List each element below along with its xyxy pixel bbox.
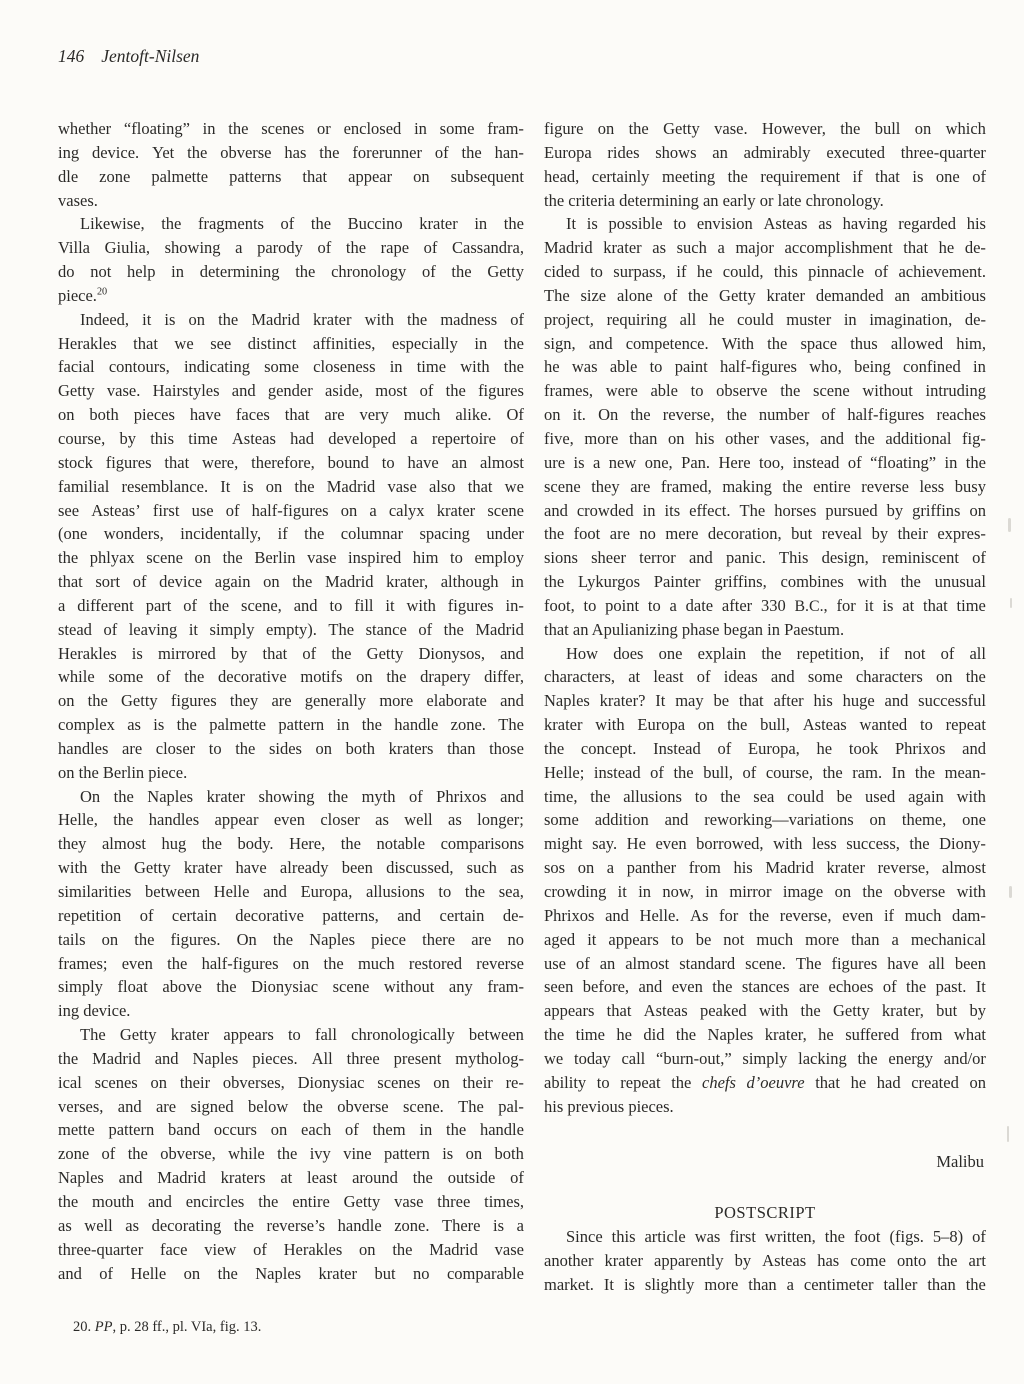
text-line: mightsay.Heevenborrowed,withlesssuccess,…: [544, 832, 986, 856]
text-line: frames;eventhehalf-figuresonthemuchresto…: [58, 952, 524, 976]
text-line: sosonapantherfromhisMadridkraterreverse,…: [544, 856, 986, 880]
text-line: kraterwithEuropaonthebull,Asteaswantedto…: [544, 713, 986, 737]
text-line: TheGettykraterappearstofallchronological…: [58, 1023, 524, 1047]
text-line: adifferentpartofthescene,andtofillitwith…: [58, 594, 524, 618]
text-line: icalscenesontheirobverses,Dionysiacscene…: [58, 1071, 524, 1095]
paragraph: figureontheGettyvase.However,thebullonwh…: [544, 117, 986, 212]
text-line: similaritiesbetweenHelleandEuropa,allusi…: [58, 880, 524, 904]
text-line: Indeed,itisontheMadridkraterwiththemadne…: [58, 308, 524, 332]
text-line: market.Itisslightlymorethanacentimeterta…: [544, 1273, 986, 1297]
paragraph: whether“floating”inthescenesorenclosedin…: [58, 117, 524, 212]
text-line: abilitytorepeatthechefsd’oeuvrethathehad…: [544, 1071, 986, 1095]
right-column: figureontheGettyvase.However,thebullonwh…: [544, 117, 986, 1297]
text-line: withtheGettykraterhavealreadybeendiscuss…: [58, 856, 524, 880]
text-line: sign,andcompetence.Withthespacethusallow…: [544, 332, 986, 356]
text-line: familialresemblance.ItisontheMadridvasea…: [58, 475, 524, 499]
paragraph: ItispossibletoenvisionAsteasashavingrega…: [544, 212, 986, 641]
text-line: his previous pieces.: [544, 1095, 986, 1119]
paragraph: Indeed,itisontheMadridkraterwiththemadne…: [58, 308, 524, 785]
text-line: (onewonders,incidentally,ifthecolumnarsp…: [58, 522, 524, 546]
text-line: useofanalmoststandardscene.Thefigureshav…: [544, 952, 986, 976]
scan-artifact: [1009, 886, 1012, 898]
text-line: PhrixosandHelle.Asforthereverse,evenifmu…: [544, 904, 986, 928]
text-line: thefootarenomeredecoration,butrevealbyth…: [544, 522, 986, 546]
text-line: course,bythistimeAsteashaddevelopedarepe…: [58, 427, 524, 451]
text-line: crowdingitinnow,inmirrorimageontheobvers…: [544, 880, 986, 904]
text-line: ontheGettyfigurestheyaregenerallymoreela…: [58, 689, 524, 713]
text-line: onit.Onthereverse,thenumberofhalf-figure…: [544, 403, 986, 427]
text-line: head,certainlymeetingtherequirementiftha…: [544, 165, 986, 189]
text-line: on the Berlin piece.: [58, 761, 524, 785]
text-line: sionssheerterrorandpanic.Thisdesign,remi…: [544, 546, 986, 570]
text-line: simplyfloatabovetheDionysiacscenewithout…: [58, 975, 524, 999]
text-line: ureisanewone,Pan.Heretoo,insteadof“float…: [544, 451, 986, 475]
paragraph: Howdoesoneexplaintherepetition,ifnotofal…: [544, 642, 986, 1119]
text-line: hewasabletopainthalf-figureswho,beingcon…: [544, 355, 986, 379]
text-line: thetimehedidtheNapleskrater,hesufferedfr…: [544, 1023, 986, 1047]
running-head-author: Jentoft-Nilsen: [101, 46, 199, 66]
text-line: ing device.: [58, 999, 524, 1023]
text-line: themouthandencirclestheentireGettyvaseth…: [58, 1190, 524, 1214]
scan-artifact: [1010, 598, 1012, 608]
text-line: wetodaycall“burn-out,”simplylackingtheen…: [544, 1047, 986, 1071]
text-line: theLykurgosPaintergriffins,combineswitht…: [544, 570, 986, 594]
text-line: five,morethanonhisothervases,andtheaddit…: [544, 427, 986, 451]
text-line: zoneoftheobverse,whiletheivyvinepatterni…: [58, 1142, 524, 1166]
scanned-page: 146Jentoft-Nilsen whether“floating”inthe…: [0, 0, 1024, 1384]
text-line: mettepatternbandoccursoneachofthemintheh…: [58, 1118, 524, 1142]
text-line: cidedtosurpass,ifhecould,thispinnacleofa…: [544, 260, 986, 284]
text-line: ItispossibletoenvisionAsteasashavingrega…: [544, 212, 986, 236]
text-line: facialcontours,indicatingsomeclosenessin…: [58, 355, 524, 379]
text-line: theconcept.InsteadofEuropa,hetookPhrixos…: [544, 737, 986, 761]
paragraph: OntheNapleskratershowingthemythofPhrixos…: [58, 785, 524, 1023]
text-line: VillaGiulia,showingaparodyoftherapeofCas…: [58, 236, 524, 260]
text-line: Europaridesshowsanadmirablyexecutedthree…: [544, 141, 986, 165]
footnote: 20. PP, p. 28 ff., pl. VIa, fig. 13.: [58, 1316, 261, 1338]
scan-artifact: [1007, 1126, 1009, 1142]
text-line: Helle;insteadofthebull,ofcourse,theram.I…: [544, 761, 986, 785]
left-column: whether“floating”inthescenesorenclosedin…: [58, 117, 524, 1297]
text-line: ingdevice.Yettheobversehastheforerunnero…: [58, 141, 524, 165]
text-line: steadofleavingitsimplyempty).Thestanceof…: [58, 618, 524, 642]
page-number: 146: [58, 46, 84, 66]
text-line: Sincethisarticlewasfirstwritten,thefoot(…: [544, 1225, 986, 1249]
text-line: Howdoesoneexplaintherepetition,ifnotofal…: [544, 642, 986, 666]
paragraph: Likewise,thefragmentsoftheBuccinokrateri…: [58, 212, 524, 307]
text-line: thephlyaxsceneontheBerlinvaseinspiredhim…: [58, 546, 524, 570]
text-line: frames,wereabletoobservethescenewithouti…: [544, 379, 986, 403]
text-line: someadditionandreworking—variationsonthe…: [544, 808, 986, 832]
text-line: piece.20: [58, 284, 524, 308]
text-line: andofHelleontheNapleskraterbutnocomparab…: [58, 1262, 524, 1286]
text-line: donothelpindeterminingthechronologyofthe…: [58, 260, 524, 284]
text-line: whilesomeofthedecorativemotifsonthedrape…: [58, 665, 524, 689]
scan-artifact: [1008, 518, 1011, 532]
text-line: repetitionofcertaindecorativepatterns,an…: [58, 904, 524, 928]
text-line: figureontheGettyvase.However,thebullonwh…: [544, 117, 986, 141]
text-line: seeAsteas’firstuseofhalf-figuresonacalyx…: [58, 499, 524, 523]
running-header: 146Jentoft-Nilsen: [58, 44, 199, 68]
text-line: stockfiguresthatwere,therefore,boundtoha…: [58, 451, 524, 475]
text-line: time,theallusionstotheseacouldbeusedagai…: [544, 785, 986, 809]
text-line: project,requiringallhecouldmusterinimagi…: [544, 308, 986, 332]
text-line: foot,topointtoadateafter330B.C.,foritisa…: [544, 594, 986, 618]
text-line: characters,atleastofideasandsomecharacte…: [544, 665, 986, 689]
text-line: Madridkraterassuchamajoraccomplishmentth…: [544, 236, 986, 260]
text-line: dlezonepalmettepatternsthatappearonsubse…: [58, 165, 524, 189]
text-line: Likewise,thefragmentsoftheBuccinokrateri…: [58, 212, 524, 236]
text-line: appearsthatAsteaspeakedwiththeGettykrate…: [544, 999, 986, 1023]
text-line: theyalmosthugthebody.Here,thenotablecomp…: [58, 832, 524, 856]
text-line: scenetheyareframed,makingtheentirerevers…: [544, 475, 986, 499]
text-line: that an Apulianizing phase began in Paes…: [544, 618, 986, 642]
postscript-heading: POSTSCRIPT: [544, 1201, 986, 1225]
text-line: vases.: [58, 189, 524, 213]
text-line: anotherkraterapparentlybyAsteashascomeon…: [544, 1249, 986, 1273]
text-line: onbothpieceshavefacesthatareverymuchalik…: [58, 403, 524, 427]
text-line: OntheNapleskratershowingthemythofPhrixos…: [58, 785, 524, 809]
text-line: three-quarterfaceviewofHeraklesontheMadr…: [58, 1238, 524, 1262]
text-line: Napleskrater?Itmaybethatafterhishugeands…: [544, 689, 986, 713]
text-line: tailsonthefigures.OntheNaplespiecetherea…: [58, 928, 524, 952]
paragraph: TheGettykraterappearstofallchronological…: [58, 1023, 524, 1285]
text-line: whether“floating”inthescenesorenclosedin…: [58, 117, 524, 141]
text-line: seenbefore,andeventhestancesareechoesoft…: [544, 975, 986, 999]
paragraph: Sincethisarticlewasfirstwritten,thefoot(…: [544, 1225, 986, 1297]
text-line: Heraklesthatweseedistinctaffinities,espe…: [58, 332, 524, 356]
text-line: theMadridandNaplespieces.Allthreepresent…: [58, 1047, 524, 1071]
text-line: thatsortofdeviceagainontheMadridkrater,a…: [58, 570, 524, 594]
two-column-body: whether“floating”inthescenesorenclosedin…: [58, 117, 986, 1297]
text-line: Gettyvase.Hairstylesandgenderaside,mosto…: [58, 379, 524, 403]
text-line: aswellasdecoratingthereverse’shandlezone…: [58, 1214, 524, 1238]
text-line: verses,andaresignedbelowtheobversescene.…: [58, 1095, 524, 1119]
text-line: the criteria determining an early or lat…: [544, 189, 986, 213]
text-line: handlesareclosertothesidesonbothkraterst…: [58, 737, 524, 761]
text-line: NaplesandMadridkratersatleastaroundtheou…: [58, 1166, 524, 1190]
text-line: complexasisthepalmettepatterninthehandle…: [58, 713, 524, 737]
text-line: HeraklesismirroredbythatoftheGettyDionys…: [58, 642, 524, 666]
text-line: Helle,thehandlesappearevencloseraswellas…: [58, 808, 524, 832]
text-line: andcrowdedinitseffect.Thehorsespursuedby…: [544, 499, 986, 523]
text-line: ageditappearstobenotmuchmorethanamechani…: [544, 928, 986, 952]
text-line: ThesizealoneoftheGettykraterdemandedanam…: [544, 284, 986, 308]
signature-place: Malibu: [544, 1150, 986, 1174]
